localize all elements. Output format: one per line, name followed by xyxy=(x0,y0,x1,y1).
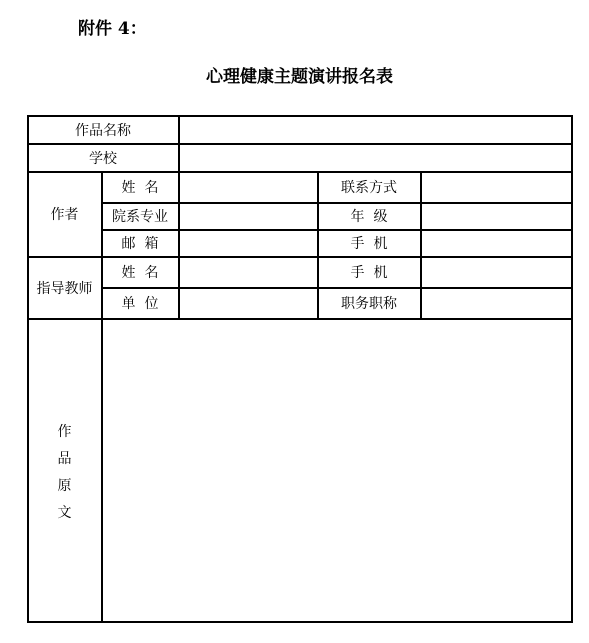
advisor-title-field[interactable] xyxy=(422,288,571,318)
original-text-char: 作 xyxy=(58,419,72,446)
work-name-label: 作品名称 xyxy=(28,116,178,143)
original-text-char: 品 xyxy=(58,446,72,473)
advisor-group-label: 指导教师 xyxy=(28,257,101,318)
advisor-phone-field[interactable] xyxy=(422,257,571,287)
author-name-label: 姓 名 xyxy=(102,172,178,202)
author-group-label: 作者 xyxy=(28,172,101,256)
author-contact-field[interactable] xyxy=(422,172,571,202)
author-name-field[interactable] xyxy=(180,172,317,202)
attachment-label: 附件 4： xyxy=(78,14,147,39)
author-grade-field[interactable] xyxy=(422,203,571,229)
original-text-char: 原 xyxy=(58,473,72,500)
table-border-right xyxy=(571,115,573,623)
original-text-field[interactable] xyxy=(103,320,571,621)
advisor-unit-field[interactable] xyxy=(180,288,317,318)
author-email-field[interactable] xyxy=(180,230,317,256)
author-dept-label: 院系专业 xyxy=(102,203,178,229)
work-name-field[interactable] xyxy=(180,116,571,143)
author-email-label: 邮 箱 xyxy=(102,230,178,256)
page-title: 心理健康主题演讲报名表 xyxy=(0,62,589,87)
advisor-name-field[interactable] xyxy=(180,257,317,287)
original-text-label: 作 品 原 文 xyxy=(28,419,101,527)
advisor-title-label: 职务职称 xyxy=(318,288,420,318)
school-field[interactable] xyxy=(180,144,571,171)
original-text-char: 文 xyxy=(58,500,72,527)
advisor-unit-label: 单 位 xyxy=(102,288,178,318)
author-contact-label: 联系方式 xyxy=(318,172,420,202)
author-phone-field[interactable] xyxy=(422,230,571,256)
author-dept-field[interactable] xyxy=(180,203,317,229)
advisor-name-label: 姓 名 xyxy=(102,257,178,287)
author-grade-label: 年 级 xyxy=(318,203,420,229)
advisor-phone-label: 手 机 xyxy=(318,257,420,287)
table-border-bottom xyxy=(27,621,573,623)
school-label: 学校 xyxy=(28,144,178,171)
author-phone-label: 手 机 xyxy=(318,230,420,256)
